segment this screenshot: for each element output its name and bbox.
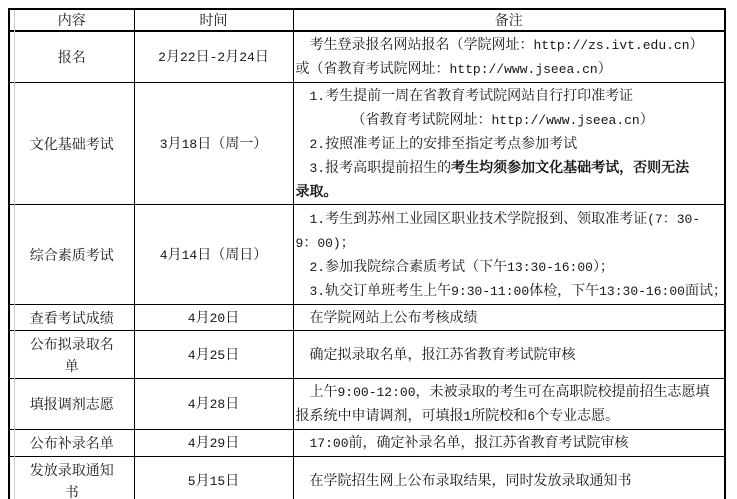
ascii-text: 9:30-11:00 [451,284,529,299]
ascii-text: 6 [527,409,535,424]
remark-line: 上午9:00-12:00，未被录取的考生可在高职院校提前招生志愿填 [296,380,723,404]
ascii-text: -2 [210,50,226,65]
time-cell: 4月14日（周日） [134,205,293,305]
ascii-text: 15 [210,474,226,489]
remarks-cell: 1.考生提前一周在省教育考试院网站自行打印准考证（省教育考试院网址：http:/… [293,83,725,205]
remark-text: 3.报考高职提前招生的 [310,159,452,175]
ascii-text: 2 [158,50,166,65]
remarks-cell: 在学院网站上公布考核成绩 [293,305,725,331]
remark-line: 17:00前，确定补录名单，报江苏省教育考试院审核 [296,431,723,455]
ascii-text: 2. [310,260,326,275]
table-row: 综合素质考试4月14日（周日）1.考生到苏州工业园区职业技术学院报到、领取准考证… [9,205,725,305]
remark-text: 1.考生到苏州工业园区职业技术学院报到、领取准考证(7：30- [310,210,701,226]
table-row: 文化基础考试3月18日（周一）1.考生提前一周在省教育考试院网站自行打印准考证（… [9,83,725,205]
ascii-text: 3. [310,284,326,299]
header-row: 内容 时间 备注 [9,9,725,31]
remark-text: 上午9:00-12:00，未被录取的考生可在高职院校提前招生志愿填 [310,383,710,399]
remark-text: 2.按照准考证上的安排至指定考点参加考试 [310,135,578,151]
ascii-text: 30- [677,212,700,227]
ascii-text: 14 [182,248,198,263]
remark-line: 报系统中申请调剂，可填报1所院校和6个专业志愿。 [296,404,723,428]
remark-line: 3.轨交订单班考生上午9:30-11:00体检，下午13:30-16:00面试； [296,279,723,303]
remark-text: 确定拟录取名单，报江苏省教育考试院审核 [310,346,576,362]
ascii-text: 3. [310,161,326,176]
schedule-table: 内容 时间 备注 报名2月22日-2月24日考生登录报名网站报名（学院网址：ht… [8,8,726,499]
ascii-text: 1 [464,409,472,424]
remarks-cell: 考生登录报名网站报名（学院网址：http://zs.ivt.edu.cn）或（省… [293,31,725,83]
remark-line: 2.参加我院综合素质考试（下午13:30-16:00）； [296,255,723,279]
ascii-text: 1. [310,89,326,104]
content-cell: 查看考试成绩 [9,305,134,331]
content-cell: 公布补录名单 [9,430,134,457]
remark-text: 17:00前，确定补录名单，报江苏省教育考试院审核 [310,434,629,450]
ascii-text: 1. [310,212,326,227]
time-cell: 4月20日 [134,305,293,331]
table-row: 公布补录名单4月29日17:00前，确定补录名单，报江苏省教育考试院审核 [9,430,725,457]
remark-line: 考生登录报名网站报名（学院网址：http://zs.ivt.edu.cn） [296,33,723,57]
remark-text: 9：00)； [296,234,355,250]
remarks-cell: 确定拟录取名单，报江苏省教育考试院审核 [293,331,725,379]
remark-bold-text: 录取。 [296,183,338,199]
ascii-text: 13:30-16:00 [599,284,685,299]
time-cell: 3月18日（周一） [134,83,293,205]
page: { "page": { "background": "#ffffff", "bo… [0,0,737,499]
remark-text: 3.轨交订单班考生上午9:30-11:00体检，下午13:30-16:00面试； [310,282,727,298]
table-stage: 内容 时间 备注 报名2月22日-2月24日考生登录报名网站报名（学院网址：ht… [8,8,724,499]
time-cell: 4月25日 [134,331,293,379]
ascii-text: 28 [210,397,226,412]
remarks-cell: 17:00前，确定补录名单，报江苏省教育考试院审核 [293,430,725,457]
remark-text: 报系统中申请调剂，可填报1所院校和6个专业志愿。 [296,407,620,423]
remark-text: 2.参加我院综合素质考试（下午13:30-16:00）； [310,258,614,274]
content-cell: 公布拟录取名单 [9,331,134,379]
ascii-text: 17:00 [310,436,349,451]
remark-text: 在学院网站上公布考核成绩 [310,309,478,325]
ascii-text: 24 [239,50,255,65]
table-row: 发放录取通知书5月15日在学院招生网上公布录取结果，同时发放录取通知书 [9,457,725,499]
remark-bold-text: 考生均须参加文化基础考试，否则无法 [451,159,689,175]
ascii-text: 00) [317,236,340,251]
header-cell-content: 内容 [9,9,134,31]
table-row: 公布拟录取名单4月25日确定拟录取名单，报江苏省教育考试院审核 [9,331,725,379]
time-cell: 2月22日-2月24日 [134,31,293,83]
content-cell: 综合素质考试 [9,205,134,305]
ascii-text: (7 [647,212,663,227]
remark-line: 1.考生提前一周在省教育考试院网站自行打印准考证 [296,84,723,108]
remark-text: 考生登录报名网站报名（学院网址：http://zs.ivt.edu.cn） [310,36,704,52]
ascii-text: 4 [160,248,168,263]
remark-line: 或（省教育考试院网址：http://www.jseea.cn） [296,57,723,81]
table-row: 填报调剂志愿4月28日上午9:00-12:00，未被录取的考生可在高职院校提前招… [9,379,725,430]
remark-line: 3.报考高职提前招生的考生均须参加文化基础考试，否则无法 [296,156,723,180]
ascii-text: 13:30-16:00 [507,260,593,275]
header-cell-time: 时间 [134,9,293,31]
time-cell: 4月28日 [134,379,293,430]
ascii-text: 18 [182,137,198,152]
header-cell-remarks: 备注 [293,9,725,31]
ascii-text: http://www.jseea.cn [492,113,640,128]
ascii-text: 2. [310,137,326,152]
remark-line: 1.考生到苏州工业园区职业技术学院报到、领取准考证(7：30- [296,207,723,231]
ascii-text: 9:00-12:00 [338,385,416,400]
content-cell: 发放录取通知书 [9,457,134,499]
table-row: 报名2月22日-2月24日考生登录报名网站报名（学院网址：http://zs.i… [9,31,725,83]
table-row: 查看考试成绩4月20日在学院网站上公布考核成绩 [9,305,725,331]
ascii-text: 22 [180,50,196,65]
ascii-text: http://www.jseea.cn [450,62,598,77]
remark-text: 1.考生提前一周在省教育考试院网站自行打印准考证 [310,87,634,103]
remark-line: 2.按照准考证上的安排至指定考点参加考试 [296,132,723,156]
ascii-text: 29 [210,436,226,451]
remark-line: 确定拟录取名单，报江苏省教育考试院审核 [296,343,723,366]
ascii-text: 4 [188,348,196,363]
remark-line: 录取。 [296,180,723,203]
remark-line: 在学院网站上公布考核成绩 [296,306,723,329]
schedule-table-body: 报名2月22日-2月24日考生登录报名网站报名（学院网址：http://zs.i… [9,31,725,499]
ascii-text: http://zs.ivt.edu.cn [534,38,690,53]
content-cell: 文化基础考试 [9,83,134,205]
table-header: 内容 时间 备注 [9,9,725,31]
remarks-cell: 1.考生到苏州工业园区职业技术学院报到、领取准考证(7：30-9：00)；2.参… [293,205,725,305]
ascii-text: 4 [188,397,196,412]
time-cell: 5月15日 [134,457,293,499]
ascii-text: 25 [210,348,226,363]
content-cell: 报名 [9,31,134,83]
remark-line: 9：00)； [296,231,723,255]
remark-line: 在学院招生网上公布录取结果，同时发放录取通知书 [296,469,723,492]
ascii-text: 9 [296,236,304,251]
remark-text: 在学院招生网上公布录取结果，同时发放录取通知书 [310,472,632,488]
remark-text: 或（省教育考试院网址：http://www.jseea.cn） [296,60,612,76]
remarks-cell: 上午9:00-12:00，未被录取的考生可在高职院校提前招生志愿填报系统中申请调… [293,379,725,430]
ascii-text: 3 [160,137,168,152]
content-cell: 填报调剂志愿 [9,379,134,430]
remark-line: （省教育考试院网址：http://www.jseea.cn） [296,108,723,132]
remarks-cell: 在学院招生网上公布录取结果，同时发放录取通知书 [293,457,725,499]
ascii-text: 20 [210,311,226,326]
ascii-text: 5 [188,474,196,489]
ascii-text: 4 [188,436,196,451]
ascii-text: 4 [188,311,196,326]
remark-text: （省教育考试院网址：http://www.jseea.cn） [352,111,654,127]
time-cell: 4月29日 [134,430,293,457]
